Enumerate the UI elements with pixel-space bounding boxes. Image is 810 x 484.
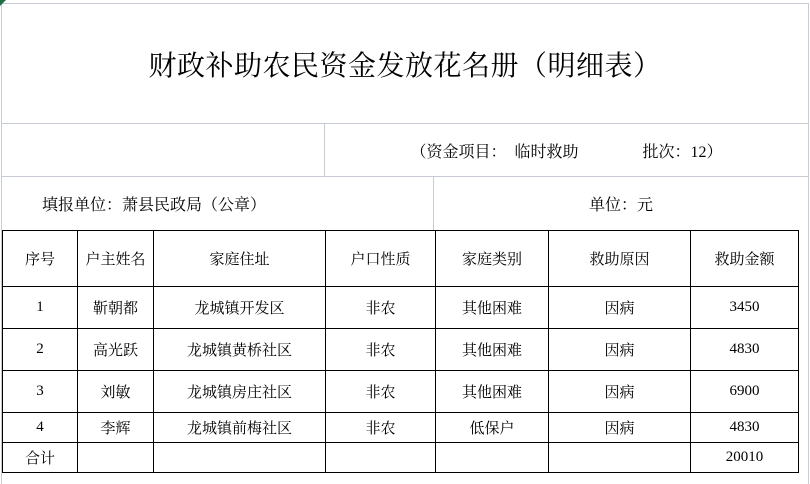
- cell-indicator-triangle-icon: [0, 0, 6, 6]
- cell-address[interactable]: 龙城镇前梅社区: [154, 413, 326, 443]
- title-cell[interactable]: 财政补助农民资金发放花名册（明细表）: [2, 4, 808, 124]
- cell-aid-amount[interactable]: 4830: [691, 413, 799, 443]
- cell-aid-amount[interactable]: 3450: [691, 287, 799, 329]
- table-row: 2 高光跃 龙城镇黄桥社区 非农 其他困难 因病 4830: [3, 329, 799, 371]
- cell-name[interactable]: 靳朝都: [78, 287, 154, 329]
- total-empty-cell[interactable]: [78, 443, 154, 473]
- page-title: 财政补助农民资金发放花名册（明细表）: [148, 44, 661, 84]
- cell-name[interactable]: 高光跃: [78, 329, 154, 371]
- header-home-address[interactable]: 家庭住址: [154, 231, 326, 287]
- fund-project-row: （资金项目： 临时救助 批次：12）: [2, 124, 808, 177]
- cell-address[interactable]: 龙城镇房庄社区: [154, 371, 326, 413]
- roster-table: 序号 户主姓名 家庭住址 户口性质 家庭类别 救助原因 救助金额 1 靳朝都 龙…: [2, 230, 799, 473]
- cell-aid-amount[interactable]: 4830: [691, 329, 799, 371]
- total-label-cell[interactable]: 合计: [3, 443, 78, 473]
- currency-unit-text: 单位：元: [589, 192, 653, 215]
- cell-aid-amount[interactable]: 6900: [691, 371, 799, 413]
- total-empty-cell[interactable]: [436, 443, 549, 473]
- total-empty-cell[interactable]: [549, 443, 691, 473]
- cell-family-category[interactable]: 其他困难: [436, 329, 549, 371]
- header-aid-reason[interactable]: 救助原因: [549, 231, 691, 287]
- cell-name[interactable]: 李辉: [78, 413, 154, 443]
- cell-aid-reason[interactable]: 因病: [549, 413, 691, 443]
- spreadsheet-page: 财政补助农民资金发放花名册（明细表） （资金项目： 临时救助 批次：12） 填报…: [0, 0, 810, 484]
- cell-serial[interactable]: 1: [3, 287, 78, 329]
- table-row: 4 李辉 龙城镇前梅社区 非农 低保户 因病 4830: [3, 413, 799, 443]
- total-amount-cell[interactable]: 20010: [691, 443, 799, 473]
- total-empty-cell[interactable]: [154, 443, 326, 473]
- cell-household-type[interactable]: 非农: [326, 329, 436, 371]
- cell-family-category[interactable]: 其他困难: [436, 287, 549, 329]
- cell-aid-reason[interactable]: 因病: [549, 329, 691, 371]
- reporting-unit-text: 填报单位：萧县民政局（公章）: [42, 192, 266, 215]
- reporting-unit-row: 填报单位：萧县民政局（公章） 单位：元: [2, 177, 808, 230]
- fund-project-text: （资金项目： 临时救助 批次：12）: [410, 139, 722, 162]
- table-header-row: 序号 户主姓名 家庭住址 户口性质 家庭类别 救助原因 救助金额: [3, 231, 799, 287]
- header-aid-amount[interactable]: 救助金额: [691, 231, 799, 287]
- table-row: 1 靳朝都 龙城镇开发区 非农 其他困难 因病 3450: [3, 287, 799, 329]
- header-householder-name[interactable]: 户主姓名: [78, 231, 154, 287]
- cell-serial[interactable]: 4: [3, 413, 78, 443]
- reporting-unit-cell[interactable]: 填报单位：萧县民政局（公章）: [2, 177, 434, 230]
- cell-household-type[interactable]: 非农: [326, 287, 436, 329]
- cell-serial[interactable]: 3: [3, 371, 78, 413]
- cell-family-category[interactable]: 其他困难: [436, 371, 549, 413]
- header-household-type[interactable]: 户口性质: [326, 231, 436, 287]
- cell-household-type[interactable]: 非农: [326, 413, 436, 443]
- cell-name[interactable]: 刘敏: [78, 371, 154, 413]
- cell-serial[interactable]: 2: [3, 329, 78, 371]
- cell-aid-reason[interactable]: 因病: [549, 287, 691, 329]
- cell-household-type[interactable]: 非农: [326, 371, 436, 413]
- cell-address[interactable]: 龙城镇开发区: [154, 287, 326, 329]
- total-row: 合计 20010: [3, 443, 799, 473]
- cell-family-category[interactable]: 低保户: [436, 413, 549, 443]
- table-row: 3 刘敏 龙城镇房庄社区 非农 其他困难 因病 6900: [3, 371, 799, 413]
- fund-project-cell[interactable]: （资金项目： 临时救助 批次：12）: [325, 124, 808, 176]
- header-family-category[interactable]: 家庭类别: [436, 231, 549, 287]
- fund-project-empty-cell[interactable]: [2, 124, 325, 176]
- currency-unit-cell[interactable]: 单位：元: [434, 177, 808, 230]
- cell-aid-reason[interactable]: 因病: [549, 371, 691, 413]
- cell-address[interactable]: 龙城镇黄桥社区: [154, 329, 326, 371]
- total-empty-cell[interactable]: [326, 443, 436, 473]
- header-serial-number[interactable]: 序号: [3, 231, 78, 287]
